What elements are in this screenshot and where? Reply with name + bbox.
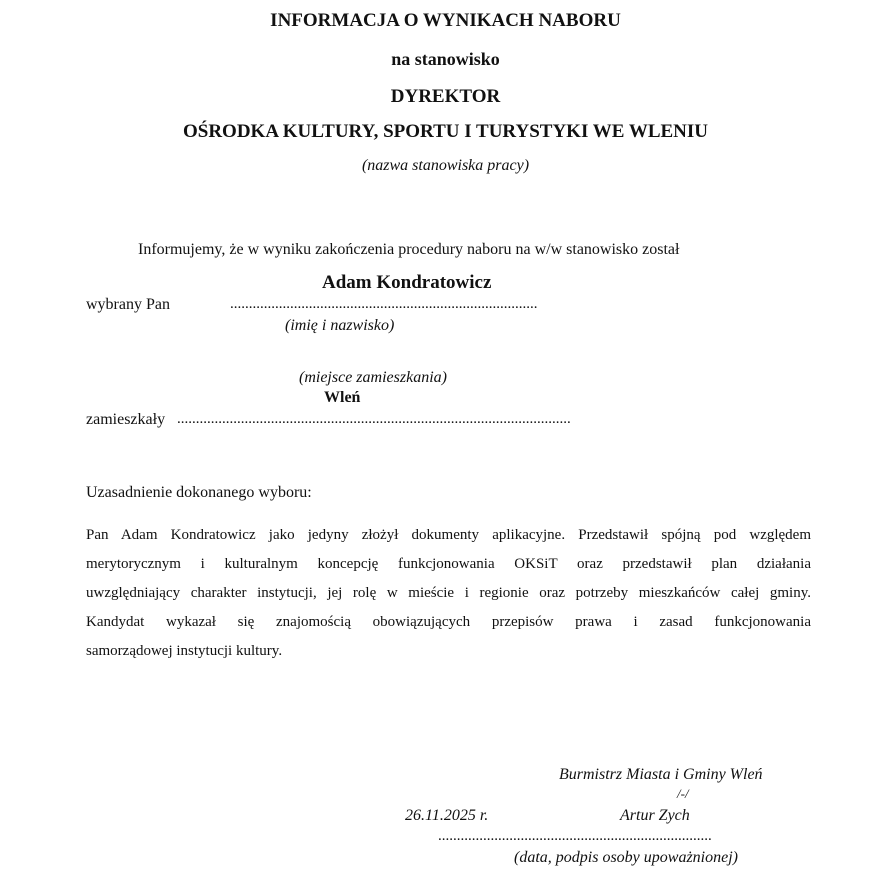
document-subtitle: na stanowisko bbox=[0, 49, 891, 70]
institution-name: OŚRODKA KULTURY, SPORTU I TURYSTYKI WE W… bbox=[0, 121, 891, 143]
justification-line: samorządowej instytucji kultury. bbox=[86, 637, 811, 666]
signature-caption: (data, podpis osoby upoważnionej) bbox=[514, 849, 738, 867]
justification-line: Pan Adam Kondratowicz jako jedyny złożył… bbox=[86, 521, 811, 550]
justification-line: Kandydat wykazał się znajomością obowiąz… bbox=[86, 608, 811, 637]
residence-label: zamieszkały bbox=[86, 411, 165, 429]
signatory-role: Burmistrz Miasta i Gminy Wleń bbox=[559, 766, 763, 784]
residence-caption: (miejsce zamieszkania) bbox=[299, 369, 447, 387]
residence-value: Wleń bbox=[324, 389, 360, 407]
position-caption: (nazwa stanowiska pracy) bbox=[0, 157, 891, 175]
signature-dotted-line: ........................................… bbox=[438, 828, 712, 845]
signatory-name: Artur Zych bbox=[620, 807, 690, 825]
justification-body: Pan Adam Kondratowicz jako jedyny złożył… bbox=[86, 521, 811, 666]
position-name: DYREKTOR bbox=[0, 86, 891, 108]
justification-line: merytorycznym i kulturalnym koncepcję fu… bbox=[86, 550, 811, 579]
document-title: INFORMACJA O WYNIKACH NABORU bbox=[0, 10, 891, 32]
justification-heading: Uzasadnienie dokonanego wyboru: bbox=[86, 484, 312, 502]
justification-line: uwzględniający charakter instytucji, jej… bbox=[86, 579, 811, 608]
residence-dotted-line: ........................................… bbox=[177, 411, 571, 428]
signed-mark: /-/ bbox=[677, 786, 689, 802]
signature-date: 26.11.2025 r. bbox=[405, 807, 488, 825]
intro-text: Informujemy, że w wyniku zakończenia pro… bbox=[138, 241, 679, 259]
name-caption: (imię i nazwisko) bbox=[285, 317, 394, 335]
selected-name: Adam Kondratowicz bbox=[322, 272, 491, 294]
selected-label: wybrany Pan bbox=[86, 296, 170, 314]
name-dotted-line: ........................................… bbox=[230, 296, 538, 313]
